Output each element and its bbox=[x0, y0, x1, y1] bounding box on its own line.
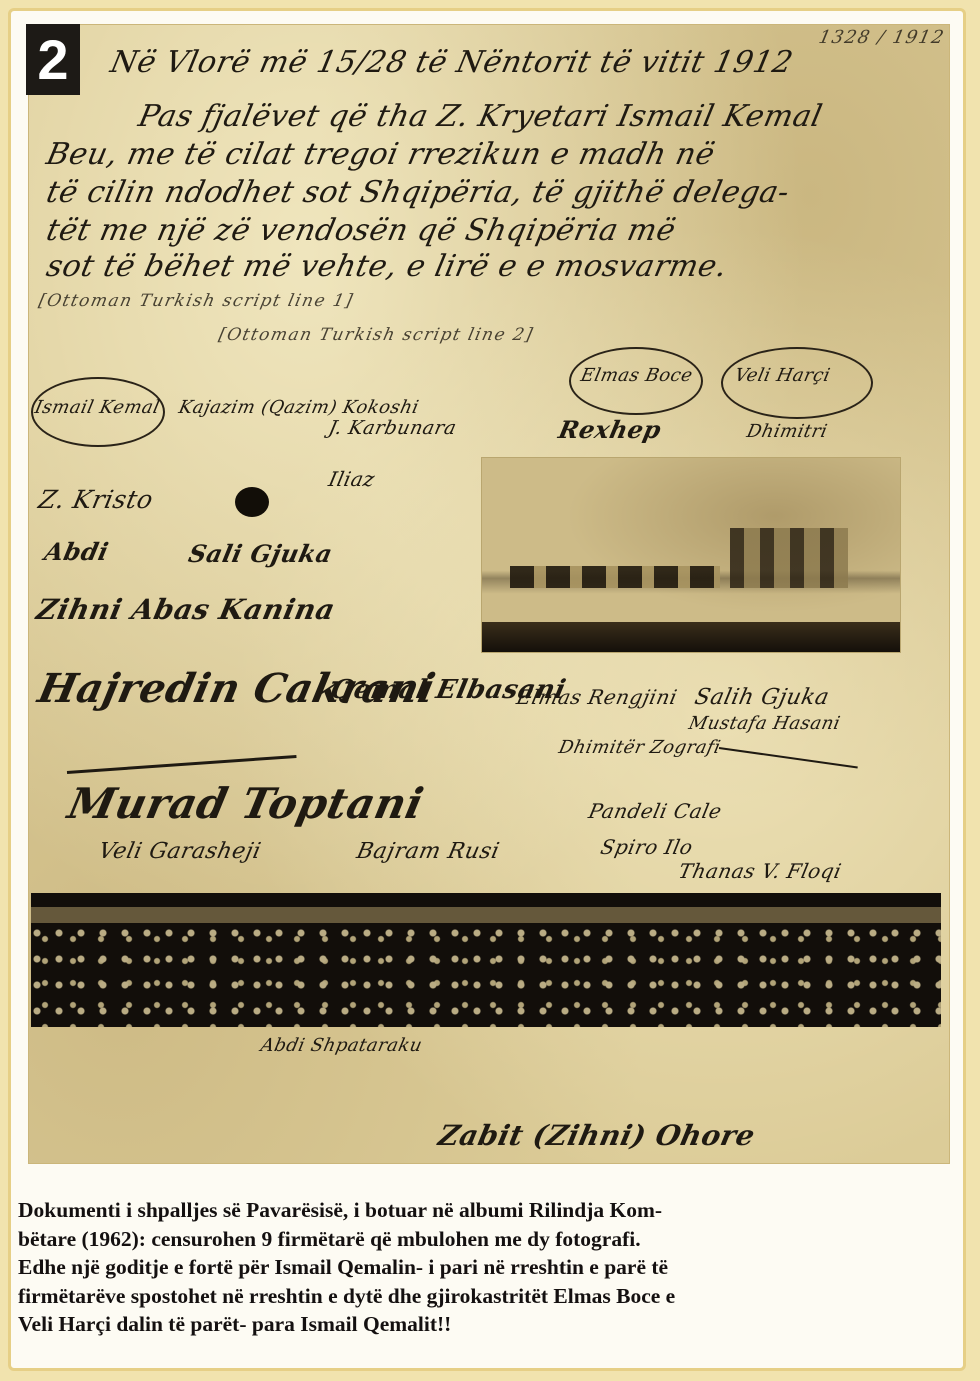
signature: Rexhep bbox=[556, 415, 664, 444]
signature: Salih Gjuka bbox=[692, 685, 831, 710]
building-photo bbox=[481, 457, 901, 653]
signature-flourish bbox=[67, 755, 297, 774]
circled-signature: Veli Harçi bbox=[733, 365, 833, 386]
caption-line: Dokumenti i shpalljes së Pavarësisë, i b… bbox=[18, 1196, 964, 1225]
caption-line: bëtare (1962): censurohen 9 firmëtarë që… bbox=[18, 1225, 964, 1254]
signature: Zabit (Zihni) Ohore bbox=[435, 1119, 758, 1152]
body-line: tët me një zë vendosën që Shqipëria më bbox=[43, 213, 679, 248]
circled-signature: Elmas Boce bbox=[579, 365, 695, 386]
body-line: Beu, me të cilat tregoi rrezikun e madh … bbox=[43, 137, 718, 172]
signature: Z. Kristo bbox=[36, 485, 156, 514]
signature: Sali Gjuka bbox=[186, 539, 335, 568]
group-photo bbox=[31, 893, 941, 1027]
ink-blot bbox=[235, 487, 269, 517]
figure-caption: Dokumenti i shpalljes së Pavarësisë, i b… bbox=[18, 1196, 964, 1339]
group-photo-crowd bbox=[31, 923, 941, 1027]
scanned-document: Në Vlorë më 15/28 të Nëntorit të vitit 1… bbox=[28, 24, 950, 1164]
building-photo-low-structure bbox=[510, 566, 720, 588]
figure-number-badge: 2 bbox=[26, 24, 80, 95]
signature: J. Karbunara bbox=[327, 417, 459, 439]
group-photo-background bbox=[31, 907, 941, 923]
ottoman-script-line: [Ottoman Turkish script line 2] bbox=[217, 325, 536, 345]
signature: Dhimitri bbox=[745, 421, 830, 442]
body-line: Pas fjalëvet që tha Z. Kryetari Ismail K… bbox=[135, 99, 825, 134]
signature: Pandeli Cale bbox=[586, 799, 724, 823]
signature: Zihni Abas Kanina bbox=[33, 593, 338, 626]
document-heading: Në Vlorë më 15/28 të Nëntorit të vitit 1… bbox=[107, 45, 796, 80]
signature: Bajram Rusi bbox=[354, 839, 501, 864]
signature: Abdi bbox=[42, 537, 111, 566]
signature: Veli Garasheji bbox=[96, 839, 263, 864]
date-annotation: 1328 / 1912 bbox=[817, 27, 947, 48]
caption-line: Veli Harçi dalin të parët- para Ismail Q… bbox=[18, 1310, 964, 1339]
signature: Abdi Shpataraku bbox=[259, 1035, 424, 1056]
building-photo-ground bbox=[482, 622, 900, 652]
signature: Murad Toptani bbox=[64, 779, 428, 828]
signature: Dhimitër Zografi bbox=[557, 737, 723, 758]
signature: Iliaz bbox=[326, 467, 377, 491]
signature: Elmas Rengjini bbox=[514, 685, 679, 709]
ottoman-script-line: [Ottoman Turkish script line 1] bbox=[37, 291, 356, 311]
building-photo-structure bbox=[730, 528, 848, 588]
body-line: sot të bëhet më vehte, e lirë e e mosvar… bbox=[43, 249, 730, 284]
signature: Kajazim (Qazim) Kokoshi bbox=[177, 397, 421, 418]
signature-flourish bbox=[719, 747, 858, 768]
caption-line: firmëtarëve spostohet në rreshtin e dytë… bbox=[18, 1282, 964, 1311]
signature: Mustafa Hasani bbox=[687, 713, 843, 734]
caption-line: Edhe një goditje e fortë për Ismail Qema… bbox=[18, 1253, 964, 1282]
body-line: të cilin ndodhet sot Shqipëria, të gjith… bbox=[43, 175, 792, 210]
signature: Spiro Ilo bbox=[598, 835, 695, 859]
signature: Thanas V. Floqi bbox=[676, 859, 843, 883]
circled-signature: Ismail Kemal bbox=[33, 397, 162, 418]
